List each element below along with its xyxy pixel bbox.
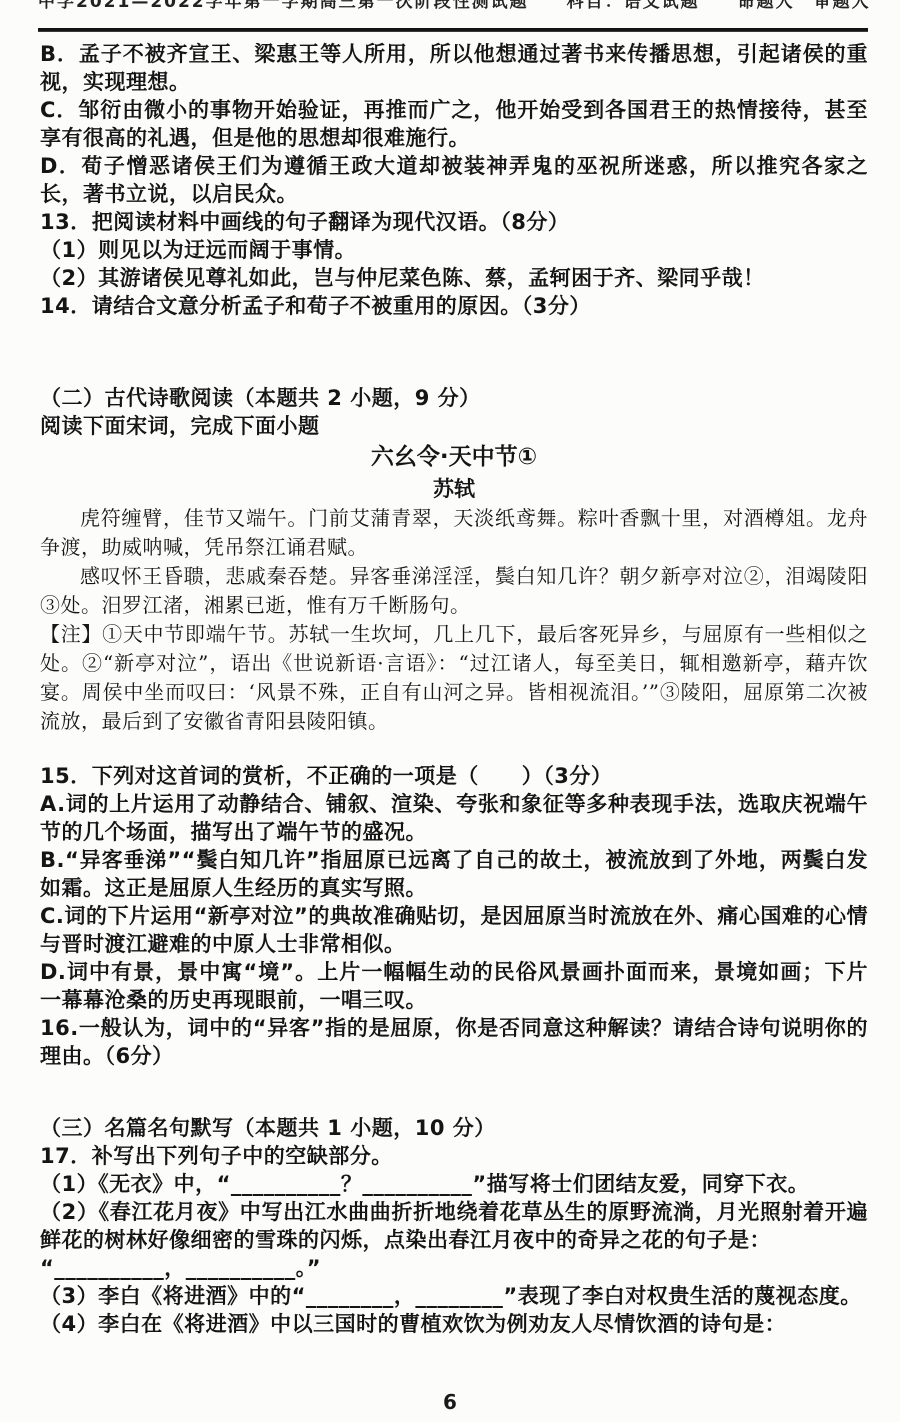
question-15-option-B: B.“异客垂涕”“鬓白知几许”指屈原已远离了自己的故土，被流放到了外地，两鬓白发… <box>40 846 868 902</box>
question-13: 13．把阅读材料中画线的句子翻译为现代汉语。（8分） <box>40 208 868 236</box>
question-13-item-1: （1）则见以为迂远而阔于事情。 <box>40 236 868 264</box>
page-header-text: 中学2021—2022学年第一学期高三第一次阶段性测试题 科目：语文试题 命题人… <box>38 0 870 11</box>
question-14: 14．请结合文意分析孟子和荀子不被重用的原因。（3分） <box>40 292 868 320</box>
question-17-item-3: （3）李白《将进酒》中的“________，________”表现了李白对权贵生… <box>40 1282 868 1310</box>
option-B-mengzi: B．孟子不被齐宣王、梁惠王等人所用，所以他想通过著书来传播思想，引起诸侯的重视，… <box>40 40 868 96</box>
section-2-intro: 阅读下面宋词，完成下面小题 <box>40 412 868 440</box>
header-divider-rule <box>38 28 868 32</box>
question-13-item-2: （2）其游诸侯见尊礼如此，岂与仲尼菜色陈、蔡，孟轲困于齐、梁同乎哉！ <box>40 264 868 292</box>
poem-title: 六幺令·天中节① <box>40 440 868 474</box>
vertical-gap <box>40 320 868 384</box>
vertical-gap <box>40 1070 868 1114</box>
question-15-option-D: D.词中有景，景中寓“境”。上片一幅幅生动的民俗风景画扑面而来，景境如画；下片一… <box>40 958 868 1014</box>
page-header-clipped: 中学2021—2022学年第一学期高三第一次阶段性测试题 科目：语文试题 命题人… <box>38 0 870 11</box>
poem-author: 苏轼 <box>40 474 868 504</box>
question-15-option-C: C.词的下片运用“新亭对泣”的典故准确贴切，是因屈原当时流放在外、痛心国难的心情… <box>40 902 868 958</box>
question-17: 17．补写出下列句子中的空缺部分。 <box>40 1142 868 1170</box>
option-C-zouyan: C．邹衍由微小的事物开始验证，再推而广之，他开始受到各国君王的热情接待，甚至享有… <box>40 96 868 152</box>
document-content: B．孟子不被齐宣王、梁惠王等人所用，所以他想通过著书来传播思想，引起诸侯的重视，… <box>40 40 868 1338</box>
exam-paper-page: 中学2021—2022学年第一学期高三第一次阶段性测试题 科目：语文试题 命题人… <box>0 0 900 1422</box>
question-17-item-1: （1）《无衣》中，“__________？__________”描写将士们团结友… <box>40 1170 868 1198</box>
section-3-heading: （三）名篇名句默写（本题共 1 小题，10 分） <box>40 1114 868 1142</box>
vertical-gap <box>40 736 868 762</box>
question-16: 16.一般认为，词中的“异客”指的是屈原，你是否同意这种解读？请结合诗句说明你的… <box>40 1014 868 1070</box>
poem-stanza-1: 虎符缠臂，佳节又端午。门前艾蒲青翠，天淡纸鸢舞。粽叶香飘十里，对酒樽俎。龙舟争渡… <box>40 504 868 562</box>
page-number: 6 <box>0 1390 900 1414</box>
option-D-xunzi: D．荀子憎恶诸侯王们为遵循王政大道却被装神弄鬼的巫祝所迷惑，所以推究各家之长，著… <box>40 152 868 208</box>
poem-stanza-2: 感叹怀王昏聩，悲戚秦吞楚。异客垂涕淫淫，鬓白知几许？朝夕新亭对泣②，泪竭陵阳③处… <box>40 562 868 620</box>
question-15-option-A: A.词的上片运用了动静结合、铺叙、渲染、夸张和象征等多种表现手法，选取庆祝端午节… <box>40 790 868 846</box>
question-17-item-2: （2）《春江花月夜》中写出江水曲曲折折地绕着花草丛生的原野流淌，月光照射着开遍鲜… <box>40 1198 868 1254</box>
question-17-item-2-blanks: “__________，__________。” <box>40 1254 868 1282</box>
section-2-heading: （二）古代诗歌阅读（本题共 2 小题，9 分） <box>40 384 868 412</box>
poem-notes: 【注】①天中节即端午节。苏轼一生坎坷，几上几下，最后客死异乡，与屈原有一些相似之… <box>40 620 868 736</box>
question-17-item-4: （4）李白在《将进酒》中以三国时的曹植欢饮为例劝友人尽情饮酒的诗句是： <box>40 1310 868 1338</box>
question-15: 15．下列对这首词的赏析，不正确的一项是（ ）（3分） <box>40 762 868 790</box>
